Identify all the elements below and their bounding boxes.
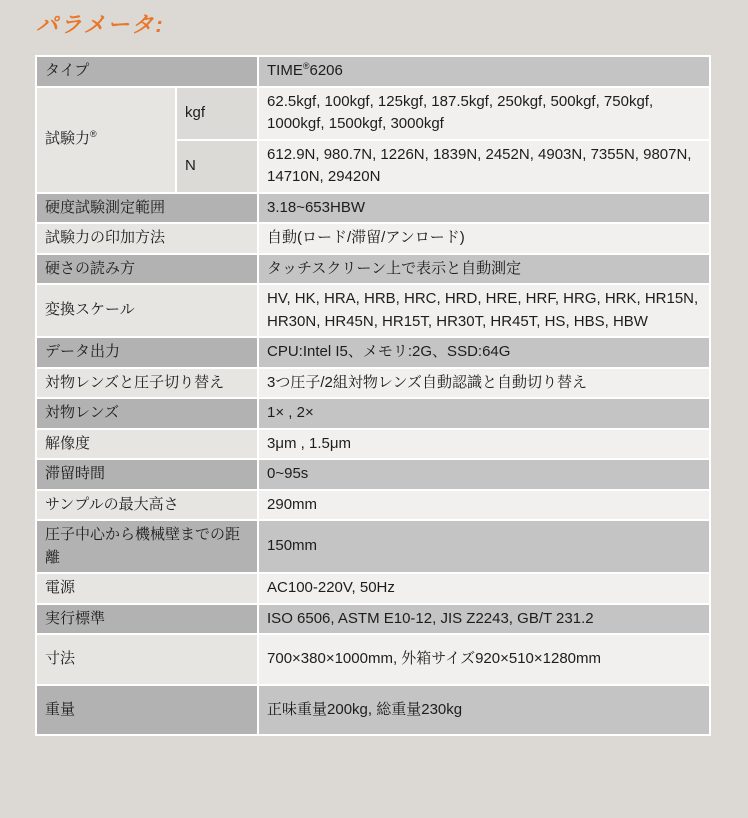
- table-row: 硬度試験測定範囲3.18~653HBW: [37, 194, 709, 223]
- spec-table-body: タイプTIME®6206試験力®kgf62.5kgf, 100kgf, 125k…: [37, 57, 709, 734]
- row-value: TIME®6206: [259, 57, 709, 86]
- row-label: 寸法: [37, 635, 257, 684]
- row-label: 対物レンズ: [37, 399, 257, 428]
- row-label-text: 重量: [45, 701, 75, 718]
- table-row: 滞留時間0~95s: [37, 460, 709, 489]
- row-label-text: タイプ: [45, 62, 89, 79]
- row-value: 正味重量200kg, 総重量230kg: [259, 686, 709, 735]
- page: { "page": { "title": "パラメータ:" }, "colors…: [0, 0, 748, 818]
- table-row: 電源AC100-220V, 50Hz: [37, 574, 709, 603]
- table-row: 寸法700×380×1000mm, 外箱サイズ920×510×1280mm: [37, 635, 709, 684]
- row-label-text: 試験力: [45, 130, 90, 147]
- row-label-text: 対物レンズと圧子切り替え: [45, 374, 224, 391]
- table-row: 硬さの読み方タッチスクリーン上で表示と自動測定: [37, 255, 709, 284]
- row-value: 290mm: [259, 491, 709, 520]
- table-row: サンプルの最大高さ290mm: [37, 491, 709, 520]
- row-value: AC100-220V, 50Hz: [259, 574, 709, 603]
- row-label-text: 硬度試験測定範囲: [45, 199, 165, 216]
- row-label: 変換スケール: [37, 285, 257, 336]
- row-label-text: 硬さの読み方: [45, 260, 135, 277]
- table-row: データ出力CPU:Intel I5、メモリ:2G、SSD:64G: [37, 338, 709, 367]
- row-label: 重量: [37, 686, 257, 735]
- table-row: 解像度3μm , 1.5μm: [37, 430, 709, 459]
- row-value: HV, HK, HRA, HRB, HRC, HRD, HRE, HRF, HR…: [259, 285, 709, 336]
- page-title: パラメータ:: [36, 8, 165, 39]
- row-label-text: 変換スケール: [45, 301, 135, 318]
- table-row: 試験力の印加方法自動(ロード/滞留/アンロード): [37, 224, 709, 253]
- row-label: データ出力: [37, 338, 257, 367]
- row-label-text: 対物レンズ: [45, 404, 119, 421]
- row-label-text: 実行標準: [45, 610, 105, 627]
- row-label: 圧子中心から機械壁までの距離: [37, 521, 257, 572]
- row-label-text: 寸法: [45, 650, 75, 667]
- row-label: 試験力®: [37, 88, 175, 192]
- row-label: 滞留時間: [37, 460, 257, 489]
- table-row: 圧子中心から機械壁までの距離150mm: [37, 521, 709, 572]
- row-label: サンプルの最大高さ: [37, 491, 257, 520]
- row-label-text: データ出力: [45, 343, 120, 360]
- value-text: TIME: [267, 62, 303, 79]
- row-label: タイプ: [37, 57, 257, 86]
- row-value: 3μm , 1.5μm: [259, 430, 709, 459]
- row-label: 実行標準: [37, 605, 257, 634]
- row-label-text: 圧子中心から機械壁までの距離: [45, 526, 240, 566]
- row-sublabel: N: [177, 141, 257, 192]
- row-value: 612.9N, 980.7N, 1226N, 1839N, 2452N, 490…: [259, 141, 709, 192]
- row-label: 試験力の印加方法: [37, 224, 257, 253]
- row-label-text: 滞留時間: [45, 465, 105, 482]
- table-row: 対物レンズ1× , 2×: [37, 399, 709, 428]
- table-row: 試験力®kgf62.5kgf, 100kgf, 125kgf, 187.5kgf…: [37, 88, 709, 139]
- registered-mark: ®: [90, 129, 97, 139]
- row-value: 自動(ロード/滞留/アンロード): [259, 224, 709, 253]
- table-row: 変換スケールHV, HK, HRA, HRB, HRC, HRD, HRE, H…: [37, 285, 709, 336]
- row-sublabel: kgf: [177, 88, 257, 139]
- row-value: 1× , 2×: [259, 399, 709, 428]
- table-row: タイプTIME®6206: [37, 57, 709, 86]
- row-label: 硬さの読み方: [37, 255, 257, 284]
- row-value: ISO 6506, ASTM E10-12, JIS Z2243, GB/T 2…: [259, 605, 709, 634]
- row-value: 700×380×1000mm, 外箱サイズ920×510×1280mm: [259, 635, 709, 684]
- value-text: 6206: [310, 62, 343, 79]
- row-value: タッチスクリーン上で表示と自動測定: [259, 255, 709, 284]
- row-label-text: 解像度: [45, 435, 90, 452]
- row-label-text: 電源: [45, 579, 75, 596]
- row-value: 0~95s: [259, 460, 709, 489]
- row-label: 電源: [37, 574, 257, 603]
- row-label-text: 試験力の印加方法: [45, 229, 165, 246]
- row-label-text: サンプルの最大高さ: [45, 496, 179, 513]
- row-value: 150mm: [259, 521, 709, 572]
- registered-mark: ®: [303, 61, 310, 71]
- row-value: CPU:Intel I5、メモリ:2G、SSD:64G: [259, 338, 709, 367]
- row-label: 硬度試験測定範囲: [37, 194, 257, 223]
- row-label: 解像度: [37, 430, 257, 459]
- row-value: 3つ圧子/2組対物レンズ自動認識と自動切り替え: [259, 369, 709, 398]
- row-label: 対物レンズと圧子切り替え: [37, 369, 257, 398]
- table-row: 対物レンズと圧子切り替え3つ圧子/2組対物レンズ自動認識と自動切り替え: [37, 369, 709, 398]
- table-row: 実行標準ISO 6506, ASTM E10-12, JIS Z2243, GB…: [37, 605, 709, 634]
- spec-table: タイプTIME®6206試験力®kgf62.5kgf, 100kgf, 125k…: [35, 55, 711, 736]
- table-row: 重量正味重量200kg, 総重量230kg: [37, 686, 709, 735]
- row-value: 3.18~653HBW: [259, 194, 709, 223]
- row-value: 62.5kgf, 100kgf, 125kgf, 187.5kgf, 250kg…: [259, 88, 709, 139]
